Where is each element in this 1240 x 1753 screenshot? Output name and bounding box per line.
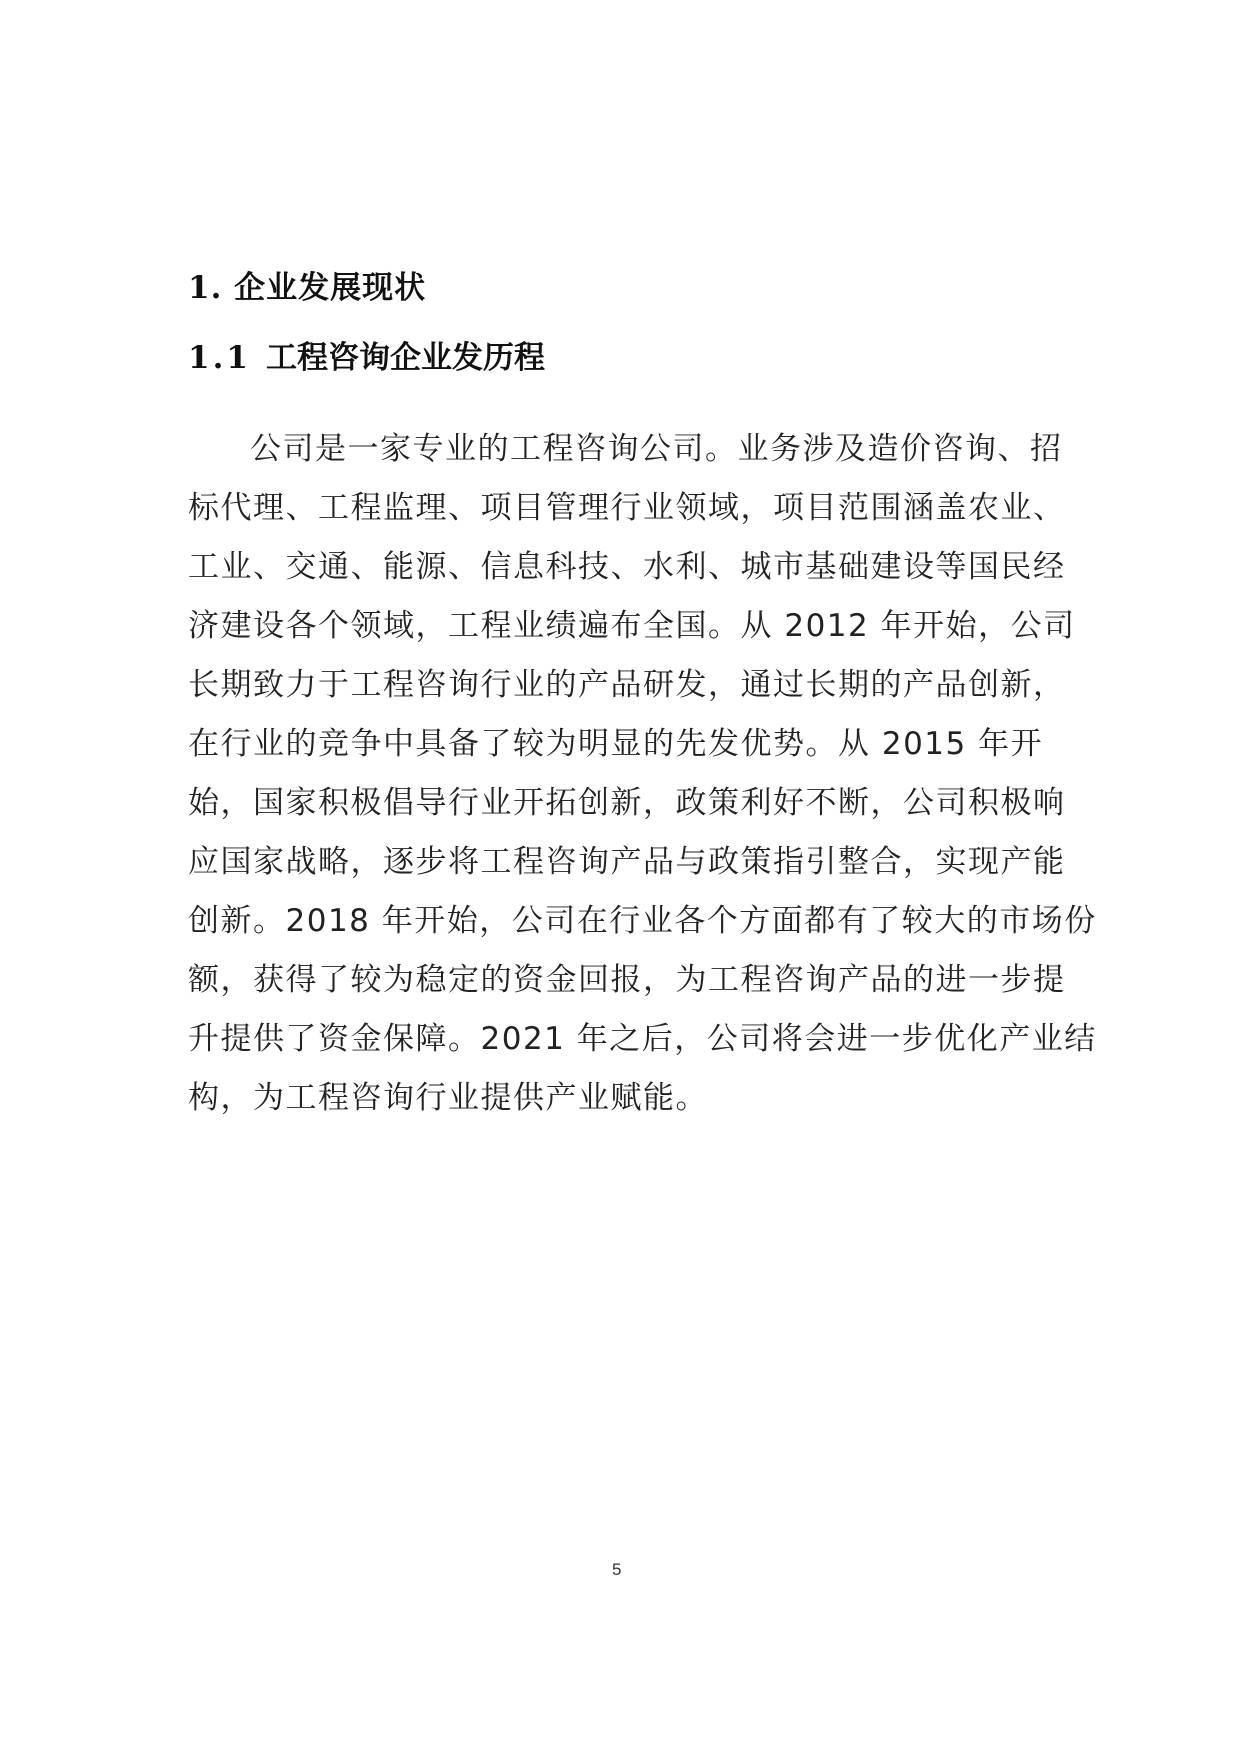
paragraph-line: 始，国家积极倡导行业开拓创新，政策利好不断，公司积极响 [188, 774, 1068, 833]
paragraph-line: 标代理、工程监理、项目管理行业领域，项目范围涵盖农业、 [188, 479, 1068, 538]
paragraph-line: 额，获得了较为稳定的资金回报，为工程咨询产品的进一步提 [188, 951, 1068, 1010]
section-heading: 1. 企业发展现状 [188, 262, 426, 307]
paragraph-line: 创新。2018 年开始，公司在行业各个方面都有了较大的市场份 [188, 892, 1068, 951]
paragraph-line: 济建设各个领域，工程业绩遍布全国。从 2012 年开始，公司 [188, 597, 1068, 656]
paragraph-line: 构，为工程咨询行业提供产业赋能。 [188, 1069, 1068, 1128]
body-paragraph: 公司是一家专业的工程咨询公司。业务涉及造价咨询、招 标代理、工程监理、项目管理行… [188, 420, 1068, 1128]
paragraph-line: 应国家战略，逐步将工程咨询产品与政策指引整合，实现产能 [188, 833, 1068, 892]
paragraph-line: 升提供了资金保障。2021 年之后，公司将会进一步优化产业结 [188, 1010, 1068, 1069]
subsection-heading: 1.1工程咨询企业发历程 [188, 332, 545, 377]
subsection-title: 工程咨询企业发历程 [266, 340, 545, 376]
paragraph-line: 工业、交通、能源、信息科技、水利、城市基础建设等国民经 [188, 538, 1068, 597]
document-page: 1. 企业发展现状 1.1工程咨询企业发历程 公司是一家专业的工程咨询公司。业务… [0, 0, 1240, 1753]
paragraph-line: 在行业的竞争中具备了较为明显的先发优势。从 2015 年开 [188, 715, 1068, 774]
paragraph-line: 公司是一家专业的工程咨询公司。业务涉及造价咨询、招 [188, 420, 1068, 479]
paragraph-line: 长期致力于工程咨询行业的产品研发，通过长期的产品创新， [188, 656, 1068, 715]
subsection-number: 1.1 [188, 340, 266, 376]
page-number: 5 [612, 1560, 621, 1580]
